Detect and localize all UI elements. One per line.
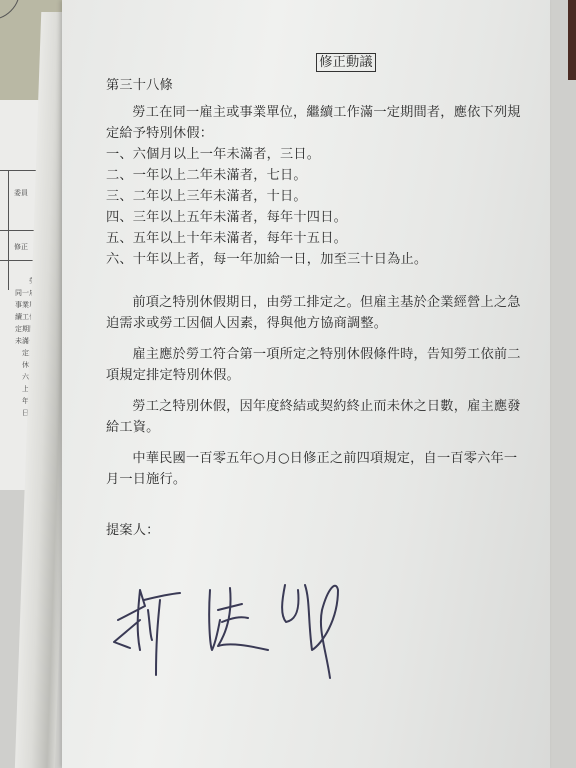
list-item: 二、一年以上二年未滿者，七日。 <box>106 165 526 186</box>
article-heading: 第三十八條 <box>106 75 526 96</box>
list-item: 五、五年以上十年未滿者，每年十五日。 <box>106 228 526 249</box>
table-line <box>8 170 9 290</box>
proposer-label: 提案人： <box>106 520 526 541</box>
background-curve <box>0 0 20 20</box>
background-desk-edge <box>568 0 576 80</box>
spacer <box>106 270 526 292</box>
underlying-header-cell: 委員 <box>14 188 28 198</box>
list-item: 四、三年以上五年未滿者，每年十四日。 <box>106 207 526 228</box>
title-row: 修正動議 <box>106 52 526 73</box>
paragraph: 中華民國一百零五年○月○日修正之前四項規定，自一百零六年一月一日施行。 <box>106 448 526 490</box>
paragraph: 前項之特別休假期日，由勞工排定之。但雇主基於企業經營上之急迫需求或勞工因個人因素… <box>106 292 526 334</box>
list-item: 一、六個月以上一年未滿者，三日。 <box>106 144 526 165</box>
document-title: 修正動議 <box>316 53 376 72</box>
underlying-header-cell: 修正 <box>14 242 28 252</box>
handwritten-signature-icon: 柯建銘 <box>100 560 340 680</box>
list-item: 三、二年以上三年未滿者，十日。 <box>106 186 526 207</box>
table-line <box>0 170 40 171</box>
document-body: 修正動議 第三十八條 勞工在同一雇主或事業單位，繼續工作滿一定期間者，應依下列規… <box>106 52 526 541</box>
paragraph: 勞工之特別休假，因年度終結或契約終止而未休之日數，雇主應發給工資。 <box>106 396 526 438</box>
intro-paragraph: 勞工在同一雇主或事業單位，繼續工作滿一定期間者，應依下列規定給予特別休假： <box>106 102 526 144</box>
list-item: 六、十年以上者，每一年加給一日，加至三十日為止。 <box>106 249 526 270</box>
paragraph: 雇主應於勞工符合第一項所定之特別休假條件時，告知勞工依前二項規定排定特別休假。 <box>106 344 526 386</box>
